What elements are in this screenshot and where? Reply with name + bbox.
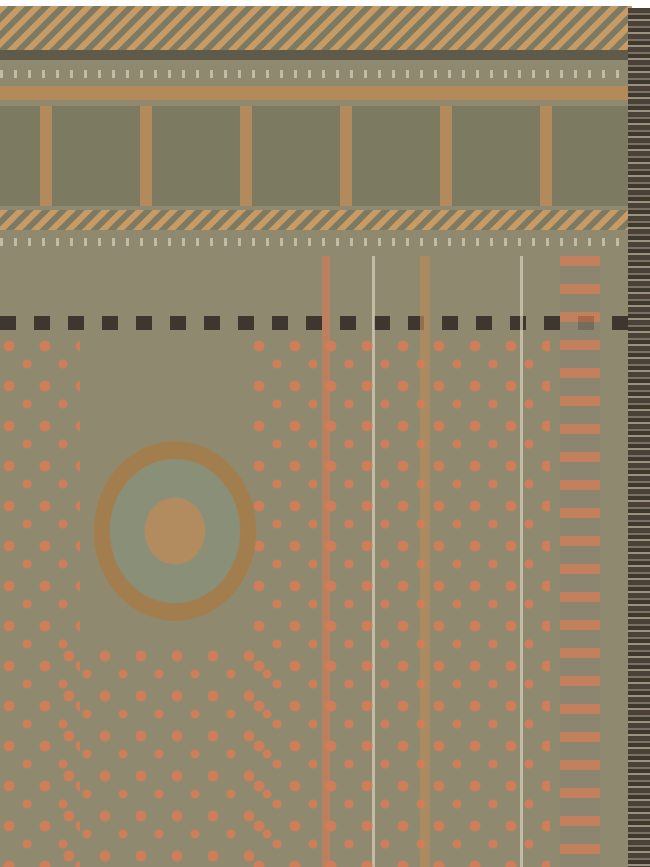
diamond-medallion xyxy=(80,426,270,636)
dark-motif-row xyxy=(0,316,632,330)
field-motifs-right xyxy=(250,336,550,867)
fringe-edge xyxy=(628,8,650,867)
side-border xyxy=(560,256,600,867)
top-main-border xyxy=(0,106,632,206)
top-camel-stripe xyxy=(0,86,632,100)
field-motifs-bottom xyxy=(60,646,280,867)
top-outer-border xyxy=(0,6,632,50)
top-inner-dots xyxy=(0,238,632,246)
top-dark-stripe xyxy=(0,50,632,60)
top-inner-zigzag xyxy=(0,210,632,230)
rug-photo xyxy=(0,6,632,867)
top-dot-border xyxy=(0,70,632,78)
